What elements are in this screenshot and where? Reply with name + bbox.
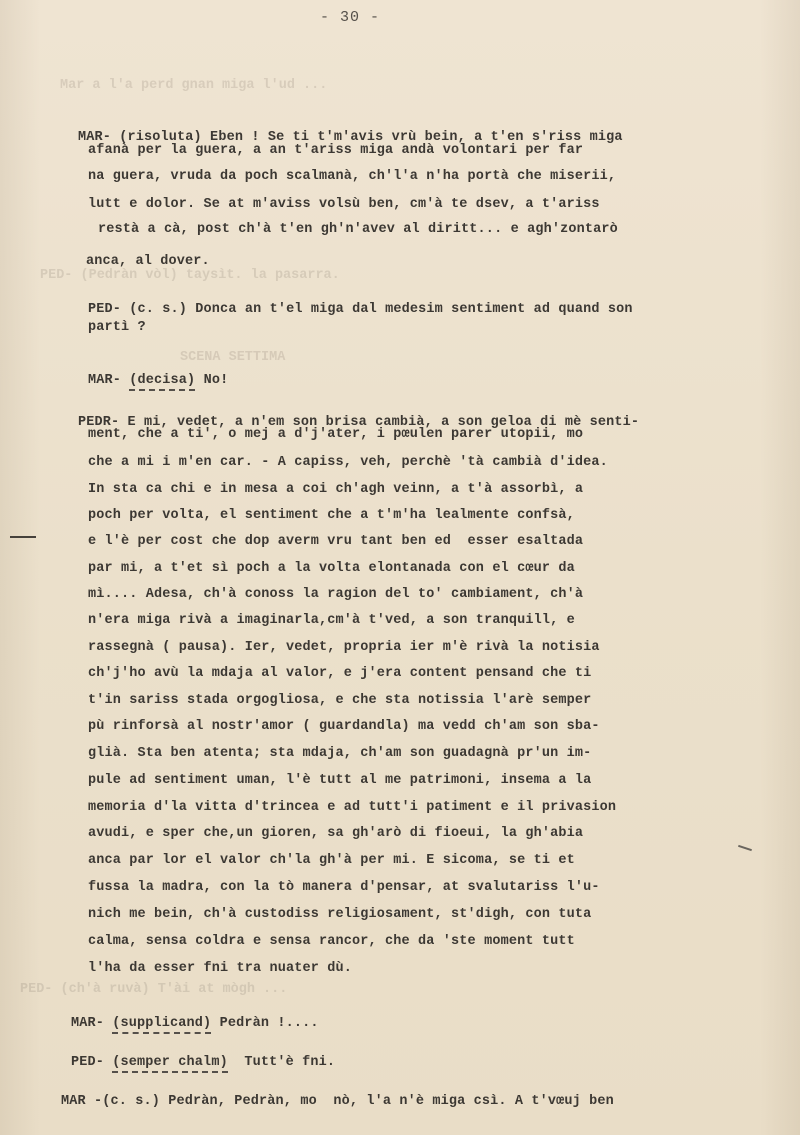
dialogue-line: afanà per la guera, a an t'ariss miga an…: [88, 143, 583, 158]
dialogue-line: ment, che a ti', o mej a d'j'ater, i pœu…: [88, 427, 583, 442]
speaker-label: MAR-: [88, 373, 121, 388]
stage-direction: (decisa): [129, 373, 195, 391]
dialogue-line: avudi, e sper che,un gioren, sa gh'arò d…: [88, 826, 583, 841]
dialogue-line: anca, al dover.: [86, 254, 210, 269]
dialogue-line: na guera, vruda da poch scalmanà, ch'l'a…: [88, 169, 616, 184]
bleed-through-text: Mar a l'a perd gnan miga l'ud ...: [60, 78, 327, 93]
speaker-label: MAR -: [61, 1094, 102, 1109]
dialogue-line: partì ?: [88, 320, 146, 335]
dialogue-line: restà a cà, post ch'à t'en gh'n'avev al …: [98, 222, 618, 237]
dialogue-line: t'in sariss stada orgogliosa, e che sta …: [88, 693, 591, 708]
dialogue-line: par mi, a t'et sì poch a la volta elonta…: [88, 561, 575, 576]
dialogue-line: glià. Sta ben atenta; sta mdaja, ch'am s…: [88, 746, 591, 761]
dialogue-line: nich me bein, ch'à custodiss religiosame…: [88, 907, 591, 922]
margin-pen-mark: [10, 536, 36, 538]
dialogue-line: anca par lor el valor ch'la gh'à per mi.…: [88, 853, 575, 868]
dialogue-line: In sta ca chi e in mesa a coi ch'agh vei…: [88, 482, 583, 497]
speaker-label: PED-: [71, 1055, 104, 1070]
dialogue-line: pule ad sentiment uman, l'è tutt al me p…: [88, 773, 591, 788]
dialogue-line: memoria d'la vitta d'trincea e ad tutt'i…: [88, 800, 616, 815]
margin-pen-mark: [738, 845, 752, 851]
dialogue-line: e l'è per cost che dop averm vru tant be…: [88, 534, 583, 549]
bleed-through-text: PED- (Pedràn vòl) taysìt. la pasarra.: [40, 268, 340, 283]
dialogue-line: rassegnà ( pausa). Ier, vedet, propria i…: [88, 640, 600, 655]
dialogue-line: fussa la madra, con la tò manera d'pensa…: [88, 880, 600, 895]
dialogue-line: calma, sensa coldra e sensa rancor, che …: [88, 934, 575, 949]
dialogue-line: n'era miga rivà a imaginarla,cm'à t'ved,…: [88, 613, 575, 628]
speaker-label: PED-: [88, 302, 121, 317]
dialogue-line: poch per volta, el sentiment che a t'm'h…: [88, 508, 575, 523]
dialogue-line: mì.... Adesa, ch'à conoss la ragion del …: [88, 587, 583, 602]
typewritten-page: - 30 - Mar a l'a perd gnan miga l'ud ...…: [0, 0, 800, 1135]
dialogue-line: l'ha da esser fni tra nuater dù.: [88, 961, 352, 976]
speaker-label: MAR-: [71, 1016, 104, 1031]
stage-direction: (supplicand): [112, 1016, 211, 1034]
dialogue-line: ch'j'ho avù la mdaja al valor, e j'era c…: [88, 666, 591, 681]
dialogue-line: MAR -(c. s.) Pedràn, Pedràn, mo nò, l'a …: [28, 1079, 614, 1124]
dialogue-line: che a mi i m'en car. - A capiss, veh, pe…: [88, 455, 608, 470]
bleed-through-text: PED- (ch'à ruvà) T'ài at mògh ...: [20, 982, 295, 997]
page-number: - 30 -: [320, 9, 380, 26]
dialogue-line: MAR- (decisa) No!: [55, 358, 228, 403]
dialogue-line: lutt e dolor. Se at m'aviss volsù ben, c…: [88, 197, 600, 212]
stage-direction: (semper chalm): [112, 1055, 228, 1073]
dialogue-line: pù rinforsà al nostr'amor ( guardandla) …: [88, 719, 600, 734]
